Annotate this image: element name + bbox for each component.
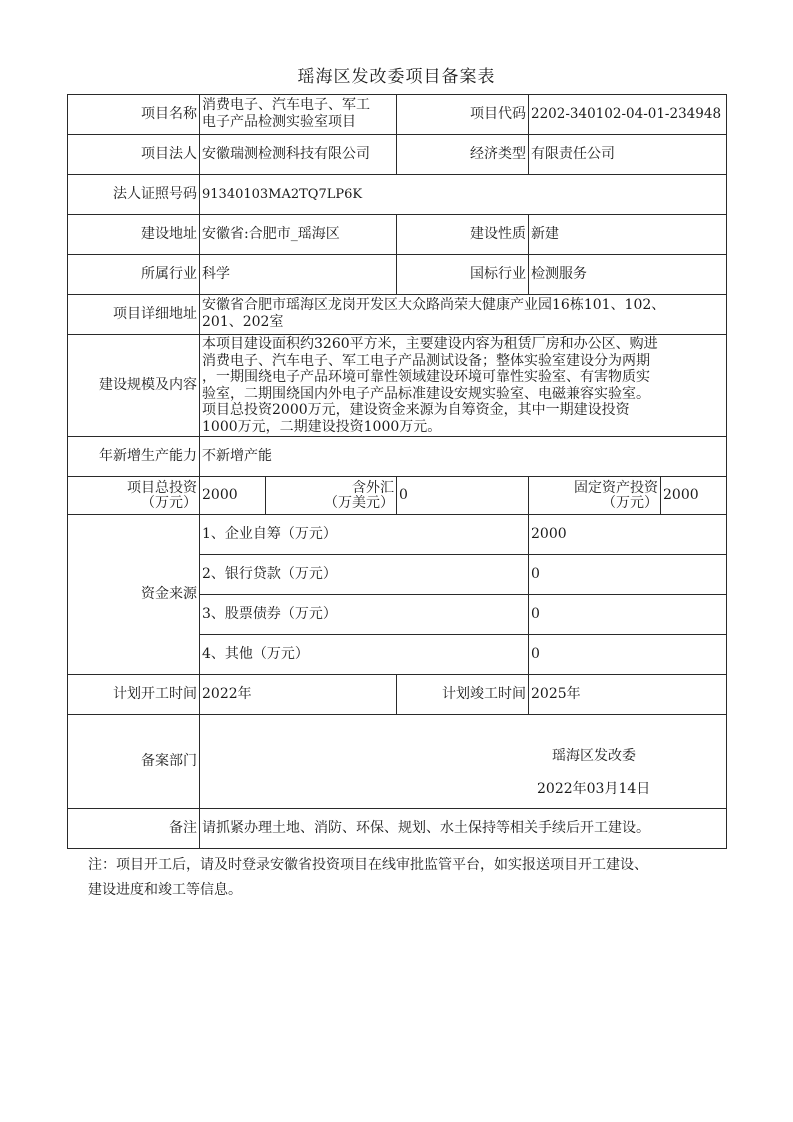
value-new-capacity: 不新增产能 — [199, 436, 727, 477]
funding-item-value: 0 — [528, 634, 727, 675]
label-scale-content: 建设规模及内容 — [67, 334, 200, 437]
scale-line: 1000万元，二期建设投资1000万元。 — [202, 419, 724, 436]
label-end-time: 计划竣工时间 — [396, 674, 529, 715]
label-project-code: 项目代码 — [396, 94, 529, 135]
page-title: 瑶海区发改委项目备案表 — [0, 62, 793, 87]
detail-address-line1: 安徽省合肥市瑶海区龙岗开发区大众路尚荣大健康产业园16栋101、102、 — [202, 297, 724, 314]
label-fixed-asset: 固定资产投资 （万元） — [528, 476, 661, 515]
total-investment-unit: （万元） — [141, 496, 197, 511]
funding-item-value: 2000 — [528, 514, 727, 555]
label-license-no: 法人证照号码 — [67, 174, 200, 215]
label-build-nature: 建设性质 — [396, 214, 529, 255]
scale-line: 消费电子、汽车电子、军工电子产品测试设备；整体实验室建设分为两期 — [202, 353, 724, 370]
record-dept-name: 瑶海区发改委 — [552, 745, 636, 765]
detail-address-line2: 201、202室 — [202, 314, 724, 331]
project-name-line1: 消费电子、汽车电子、军工 — [202, 97, 394, 114]
label-record-dept: 备案部门 — [67, 714, 200, 809]
label-funding-source: 资金来源 — [67, 514, 200, 675]
value-forex: 0 — [396, 476, 529, 515]
label-total-investment: 项目总投资 （万元） — [67, 476, 200, 515]
value-start-time: 2022年 — [199, 674, 397, 715]
scale-line: 验室，二期围绕国内外电子产品标准建设安规实验室、电磁兼容实验室。 — [202, 386, 724, 403]
funding-item-label: 3、股票债券（万元） — [199, 594, 529, 635]
value-end-time: 2025年 — [528, 674, 727, 715]
fixed-asset-unit: （万元） — [602, 496, 658, 511]
funding-item-label: 1、企业自筹（万元） — [199, 514, 529, 555]
funding-item-label: 4、其他（万元） — [199, 634, 529, 675]
footnote-line2: 建设进度和竣工等信息。 — [88, 878, 738, 902]
label-detail-address: 项目详细地址 — [67, 294, 200, 335]
value-total-investment: 2000 — [199, 476, 266, 515]
value-scale-content: 本项目建设面积约3260平方米，主要建设内容为租赁厂房和办公区、购进 消费电子、… — [199, 334, 727, 437]
label-build-location: 建设地址 — [67, 214, 200, 255]
funding-item-label: 2、银行贷款（万元） — [199, 554, 529, 595]
label-economic-type: 经济类型 — [396, 134, 529, 175]
label-national-industry: 国标行业 — [396, 254, 529, 295]
label-new-capacity: 年新增生产能力 — [67, 436, 200, 477]
value-national-industry: 检测服务 — [528, 254, 727, 295]
value-legal-person: 安徽瑞测检测科技有限公司 — [199, 134, 397, 175]
label-start-time: 计划开工时间 — [67, 674, 200, 715]
value-build-nature: 新建 — [528, 214, 727, 255]
value-industry: 科学 — [199, 254, 397, 295]
label-legal-person: 项目法人 — [67, 134, 200, 175]
value-economic-type: 有限责任公司 — [528, 134, 727, 175]
funding-item-value: 0 — [528, 554, 727, 595]
fixed-asset-label: 固定资产投资 — [574, 481, 658, 496]
value-fixed-asset: 2000 — [660, 476, 727, 515]
funding-item-value: 0 — [528, 594, 727, 635]
total-investment-label: 项目总投资 — [127, 481, 197, 496]
value-license-no: 91340103MA2TQ7LP6K — [199, 174, 727, 215]
label-remark: 备注 — [67, 808, 200, 849]
label-project-name: 项目名称 — [67, 94, 200, 135]
record-date: 2022年03月14日 — [537, 778, 650, 798]
scale-line: ，一期围绕电子产品环境可靠性领域建设环境可靠性实验室、有害物质实 — [202, 369, 724, 386]
project-name-line2: 电子产品检测实验室项目 — [202, 114, 394, 131]
scale-line: 项目总投资2000万元，建设资金来源为自筹资金，其中一期建设投资 — [202, 402, 724, 419]
forex-label: 含外汇 — [352, 481, 394, 496]
label-forex: 含外汇 （万美元） — [265, 476, 397, 515]
forex-unit: （万美元） — [324, 496, 394, 511]
value-build-location: 安徽省:合肥市_瑶海区 — [199, 214, 397, 255]
scale-line: 本项目建设面积约3260平方米，主要建设内容为租赁厂房和办公区、购进 — [202, 336, 724, 353]
value-project-code: 2202-340102-04-01-234948 — [528, 94, 727, 135]
value-detail-address: 安徽省合肥市瑶海区龙岗开发区大众路尚荣大健康产业园16栋101、102、 201… — [199, 294, 727, 335]
footnote-line1: 注：项目开工后，请及时登录安徽省投资项目在线审批监管平台，如实报送项目开工建设、 — [88, 853, 738, 877]
label-industry: 所属行业 — [67, 254, 200, 295]
value-project-name: 消费电子、汽车电子、军工 电子产品检测实验室项目 — [199, 94, 397, 135]
value-remark: 请抓紧办理土地、消防、环保、规划、水土保持等相关手续后开工建设。 — [199, 808, 727, 849]
